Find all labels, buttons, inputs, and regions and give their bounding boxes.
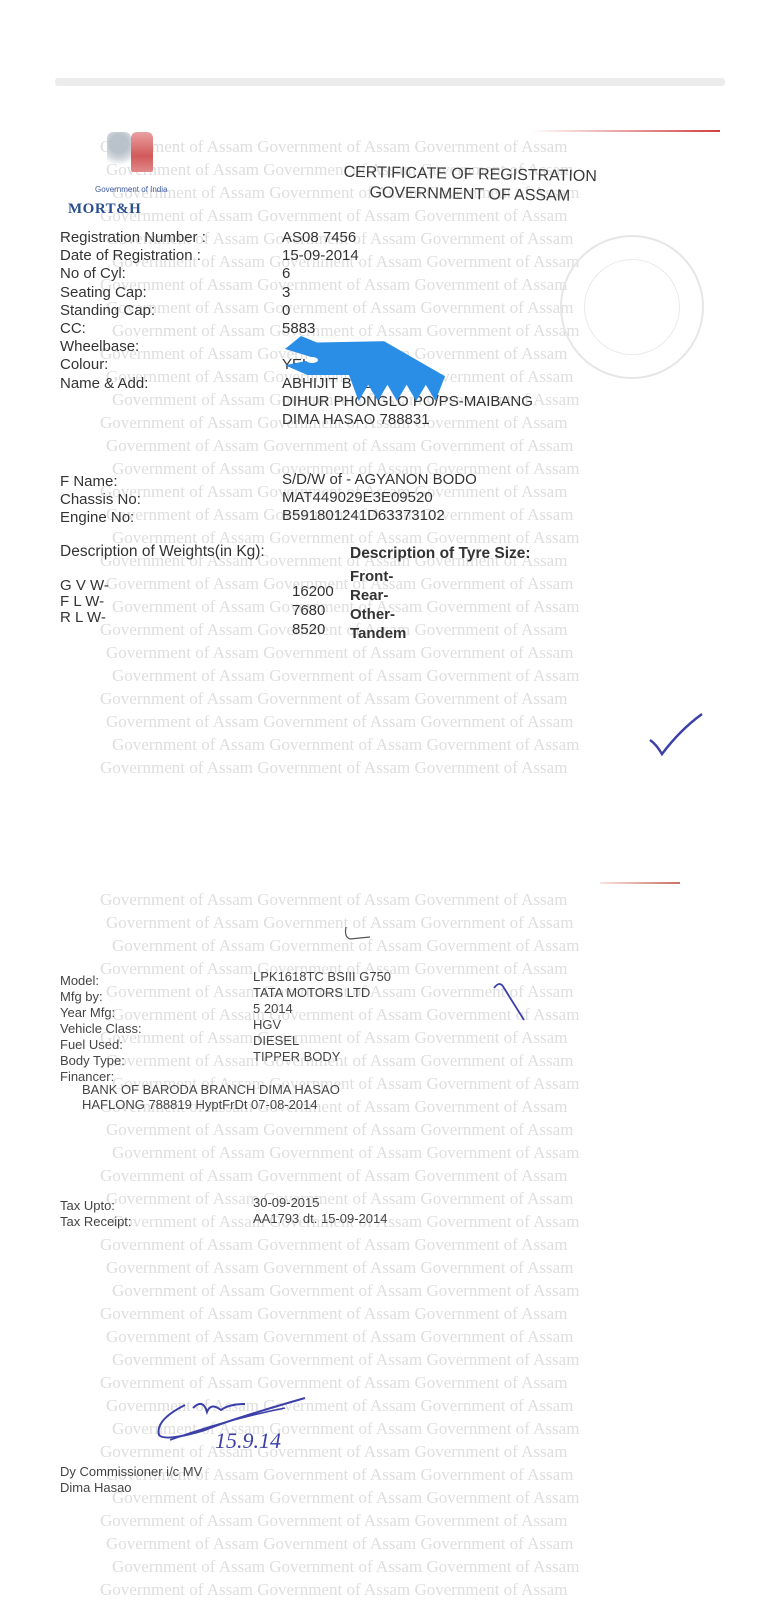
emblem-caption: Government of India xyxy=(95,185,167,194)
field-label: F Name: xyxy=(60,473,118,491)
weight-value: 8520 xyxy=(292,621,325,639)
field-label: Date of Registration : xyxy=(60,247,201,265)
tax-label: Tax Upto: xyxy=(60,1198,115,1213)
tyre-row: Other- xyxy=(350,606,395,624)
signature-icon: 15.9.14 xyxy=(145,1390,315,1460)
field-value: TATA MOTORS LTD xyxy=(253,985,370,1000)
field-label: No of Cyl: xyxy=(60,265,126,283)
field-value: 6 xyxy=(282,265,290,283)
field-label: Year Mfg: xyxy=(60,1005,115,1020)
weights-heading: Description of Weights(in Kg): xyxy=(60,543,265,561)
field-label: Wheelbase: xyxy=(60,338,139,356)
signatory-office: Dima Hasao xyxy=(60,1480,132,1495)
engine-number: B591801241D63373102 xyxy=(282,507,445,525)
registration-certificate-back: Government of Assam Government of Assam … xyxy=(60,880,720,1600)
weight-label: R L W- xyxy=(60,609,106,627)
tyre-row: Tandem xyxy=(350,625,406,643)
field-label: Seating Cap: xyxy=(60,284,147,302)
financer-line: HAFLONG 788819 HyptFrDt 07-08-2014 xyxy=(82,1097,318,1112)
signatory-title: Dy Commissioner i/c MV xyxy=(60,1464,202,1479)
tax-label: Tax Receipt: xyxy=(60,1214,132,1229)
ministry-name: MORT&H xyxy=(68,201,141,218)
field-value: 3 xyxy=(282,284,290,302)
field-label: Standing Cap: xyxy=(60,302,155,320)
chassis-number: MAT449029E3E09520 xyxy=(282,489,433,507)
official-stamp xyxy=(560,235,704,379)
field-value: S/D/W of - AGYANON BODO xyxy=(282,471,477,489)
weight-value: 16200 xyxy=(292,583,334,601)
financer-line: BANK OF BARODA BRANCH DIMA HASAO xyxy=(82,1082,340,1097)
address-line: DIHUR PHONGLO PO/PS-MAIBANG xyxy=(282,393,533,411)
field-value: 5 2014 xyxy=(253,1001,293,1016)
india-emblem-icon xyxy=(107,128,157,178)
field-value: DIESEL xyxy=(253,1033,299,1048)
field-value: 5883 xyxy=(282,320,315,338)
weight-value: 7680 xyxy=(292,602,325,620)
field-label: CC: xyxy=(60,320,86,338)
certificate-title: CERTIFICATE OF REGISTRATION GOVERNMENT O… xyxy=(305,162,636,208)
field-value: LPK1618TC BSIII G750 xyxy=(253,969,391,984)
initial-mark-icon xyxy=(340,925,380,945)
field-label: Registration Number : xyxy=(60,229,206,247)
top-divider xyxy=(55,78,725,86)
field-label: Vehicle Class: xyxy=(60,1021,142,1036)
field-label: Mfg by: xyxy=(60,989,103,1004)
red-border-line xyxy=(530,130,720,132)
field-value: HGV xyxy=(253,1017,281,1032)
field-label: Chassis No: xyxy=(60,491,141,509)
tax-value: 30-09-2015 xyxy=(253,1195,320,1210)
tyre-row: Rear- xyxy=(350,587,388,605)
registration-certificate-front: Government of Assam Government of Assam … xyxy=(60,125,720,785)
field-label: Name & Add: xyxy=(60,375,148,393)
field-value: 0 xyxy=(282,302,290,320)
check-mark-icon xyxy=(640,710,710,760)
field-label: Colour: xyxy=(60,356,108,374)
field-value: AS08 7456 xyxy=(282,229,356,247)
svg-text:15.9.14: 15.9.14 xyxy=(215,1428,281,1453)
field-value: 15-09-2014 xyxy=(282,247,359,265)
watermark-text: Government of Assam Government of Assam … xyxy=(100,888,720,1600)
field-label: Fuel Used: xyxy=(60,1037,123,1052)
tyre-row: Front- xyxy=(350,568,393,586)
field-label: Body Type: xyxy=(60,1053,125,1068)
pen-stroke-icon xyxy=(490,980,530,1025)
field-label: Model: xyxy=(60,973,99,988)
tax-value: AA1793 dt. 15-09-2014 xyxy=(253,1211,387,1226)
field-label: Engine No: xyxy=(60,509,134,527)
tyres-heading: Description of Tyre Size: xyxy=(350,545,531,563)
field-value: TIPPER BODY xyxy=(253,1049,340,1064)
red-border-line xyxy=(600,882,680,884)
address-line: DIMA HASAO 788831 xyxy=(282,411,430,429)
